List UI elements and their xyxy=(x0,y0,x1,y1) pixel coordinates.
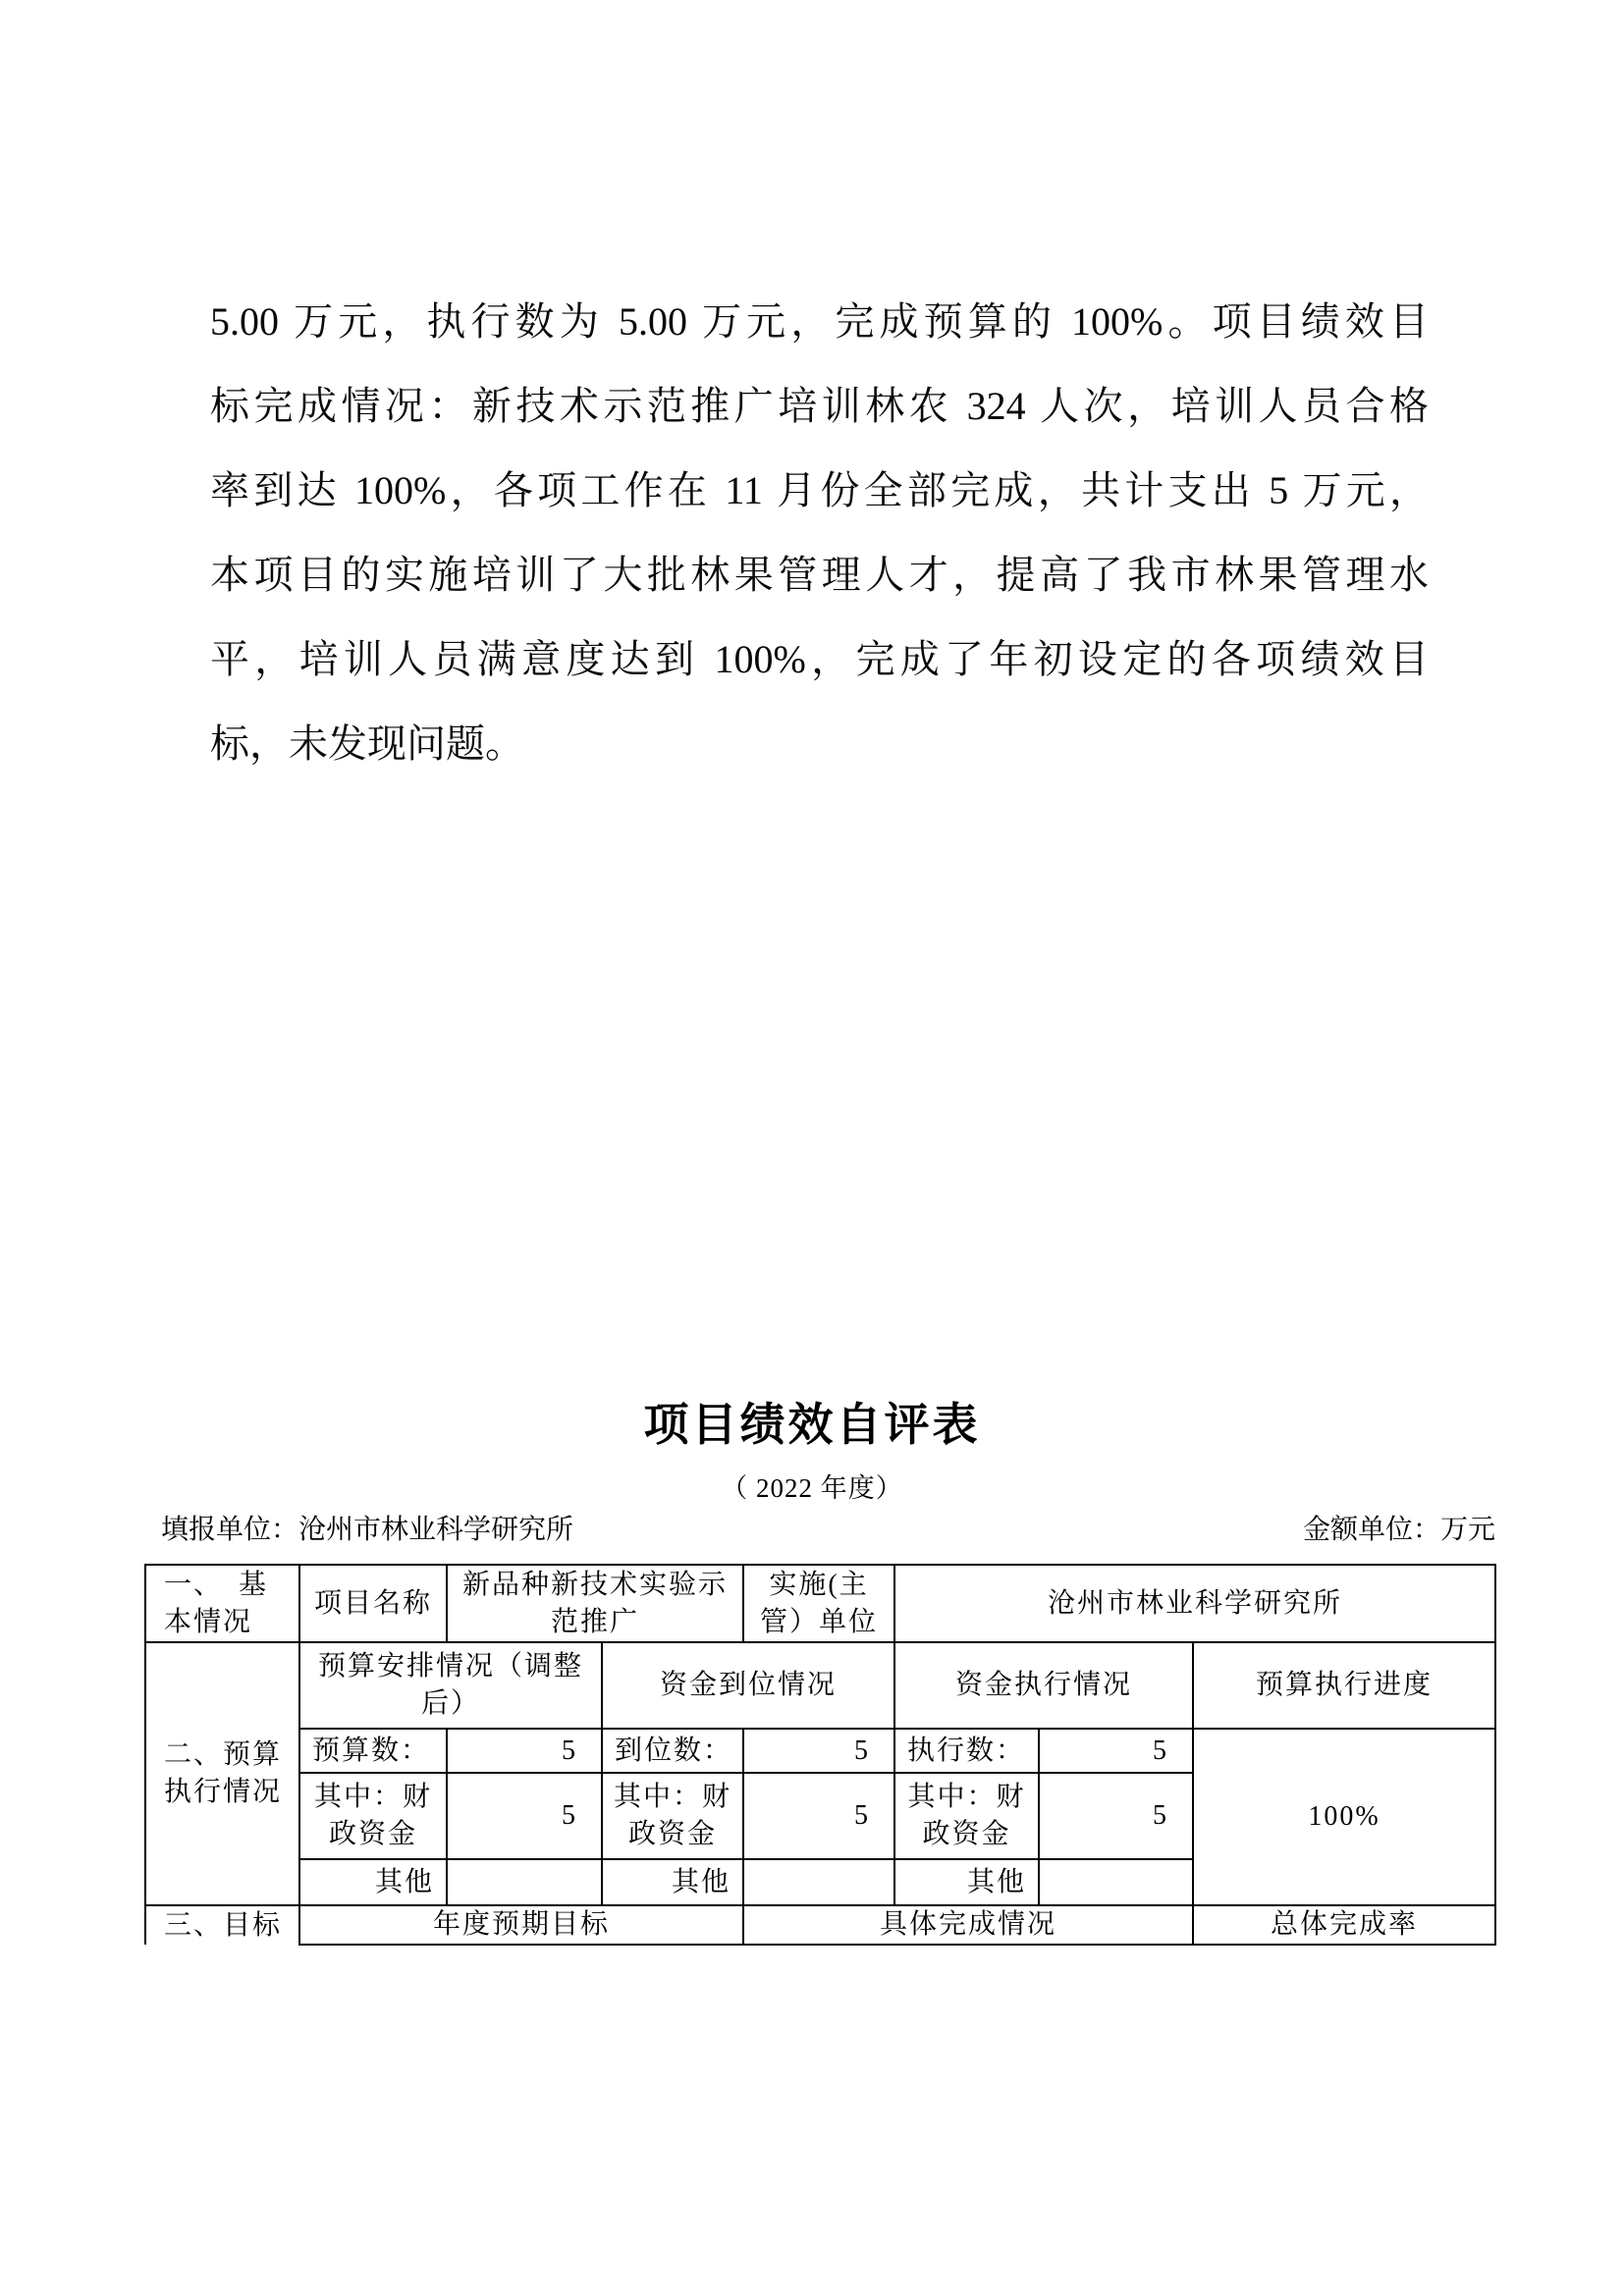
progress-value: 100% xyxy=(1193,1729,1495,1905)
other-funds-received-value xyxy=(743,1859,894,1905)
funds-executed-header: 资金执行情况 xyxy=(894,1642,1193,1729)
table-meta-row: 填报单位：沧州市林业科学研究所 金额单位：万元 xyxy=(161,1513,1495,1548)
section-basic-info-label: 一、 基本情况 xyxy=(145,1565,299,1642)
body-line: 率到达 100%，各项工作在 11 月份全部完成，共计支出 5 万元， xyxy=(210,449,1429,533)
fiscal-funds-label-received: 其中：财政资金 xyxy=(602,1773,743,1859)
progress-header: 预算执行进度 xyxy=(1193,1642,1495,1729)
fiscal-funds-budget-value: 5 xyxy=(447,1773,602,1859)
implementing-unit-value: 沧州市林业科学研究所 xyxy=(894,1565,1495,1642)
reporting-unit-text: 填报单位：沧州市林业科学研究所 xyxy=(161,1513,573,1548)
amount-unit-text: 金额单位：万元 xyxy=(1303,1513,1495,1548)
executed-number-label: 执行数： xyxy=(894,1729,1039,1773)
budget-number-label: 预算数： xyxy=(299,1729,447,1773)
received-number-label: 到位数： xyxy=(602,1729,743,1773)
body-line: 标，未发现问题。 xyxy=(210,702,1429,786)
annual-goal-header: 年度预期目标 xyxy=(299,1905,743,1945)
fiscal-funds-executed-value: 5 xyxy=(1039,1773,1193,1859)
body-line: 平，培训人员满意度达到 100%，完成了年初设定的各项绩效目 xyxy=(210,617,1429,702)
document-page: 5.00 万元，执行数为 5.00 万元，完成预算的 100%。项目绩效目 标完… xyxy=(0,0,1624,2296)
table-row: 预算数： 5 到位数： 5 执行数： 5 100% xyxy=(145,1729,1495,1773)
project-name-value: 新品种新技术实验示范推广 xyxy=(447,1565,743,1642)
table-row: 二、预算执行情况 预算安排情况（调整后） 资金到位情况 资金执行情况 预算执行进… xyxy=(145,1642,1495,1729)
budget-number-value: 5 xyxy=(447,1729,602,1773)
page-subtitle-year: （ 2022 年度） xyxy=(0,1471,1624,1505)
implementing-unit-label: 实施(主管）单位 xyxy=(743,1565,894,1642)
completion-header: 具体完成情况 xyxy=(743,1905,1193,1945)
other-funds-budget-value xyxy=(447,1859,602,1905)
budget-arrangement-header: 预算安排情况（调整后） xyxy=(299,1642,602,1729)
page-title: 项目绩效自评表 xyxy=(0,1398,1624,1453)
overall-rate-header: 总体完成率 xyxy=(1193,1905,1495,1945)
table-row: 三、目标 年度预期目标 具体完成情况 总体完成率 xyxy=(145,1905,1495,1945)
fiscal-funds-label-executed: 其中：财政资金 xyxy=(894,1773,1039,1859)
body-line: 本项目的实施培训了大批林果管理人才，提高了我市林果管理水 xyxy=(210,533,1429,617)
other-funds-label-budget: 其他 xyxy=(299,1859,447,1905)
body-line: 5.00 万元，执行数为 5.00 万元，完成预算的 100%。项目绩效目 xyxy=(210,280,1429,364)
executed-number-value: 5 xyxy=(1039,1729,1193,1773)
funds-received-header: 资金到位情况 xyxy=(602,1642,894,1729)
project-name-label: 项目名称 xyxy=(299,1565,447,1642)
body-line: 标完成情况：新技术示范推广培训林农 324 人次，培训人员合格 xyxy=(210,364,1429,449)
body-paragraph: 5.00 万元，执行数为 5.00 万元，完成预算的 100%。项目绩效目 标完… xyxy=(210,280,1429,786)
fiscal-funds-received-value: 5 xyxy=(743,1773,894,1859)
section-budget-execution-label: 二、预算执行情况 xyxy=(145,1642,299,1905)
other-funds-executed-value xyxy=(1039,1859,1193,1905)
received-number-value: 5 xyxy=(743,1729,894,1773)
section-goals-label: 三、目标 xyxy=(145,1905,299,1945)
other-funds-label-received: 其他 xyxy=(602,1859,743,1905)
other-funds-label-executed: 其他 xyxy=(894,1859,1039,1905)
table-row: 一、 基本情况 项目名称 新品种新技术实验示范推广 实施(主管）单位 沧州市林业… xyxy=(145,1565,1495,1642)
fiscal-funds-label-budget: 其中：财政资金 xyxy=(299,1773,447,1859)
self-evaluation-table: 一、 基本情况 项目名称 新品种新技术实验示范推广 实施(主管）单位 沧州市林业… xyxy=(144,1564,1496,1946)
